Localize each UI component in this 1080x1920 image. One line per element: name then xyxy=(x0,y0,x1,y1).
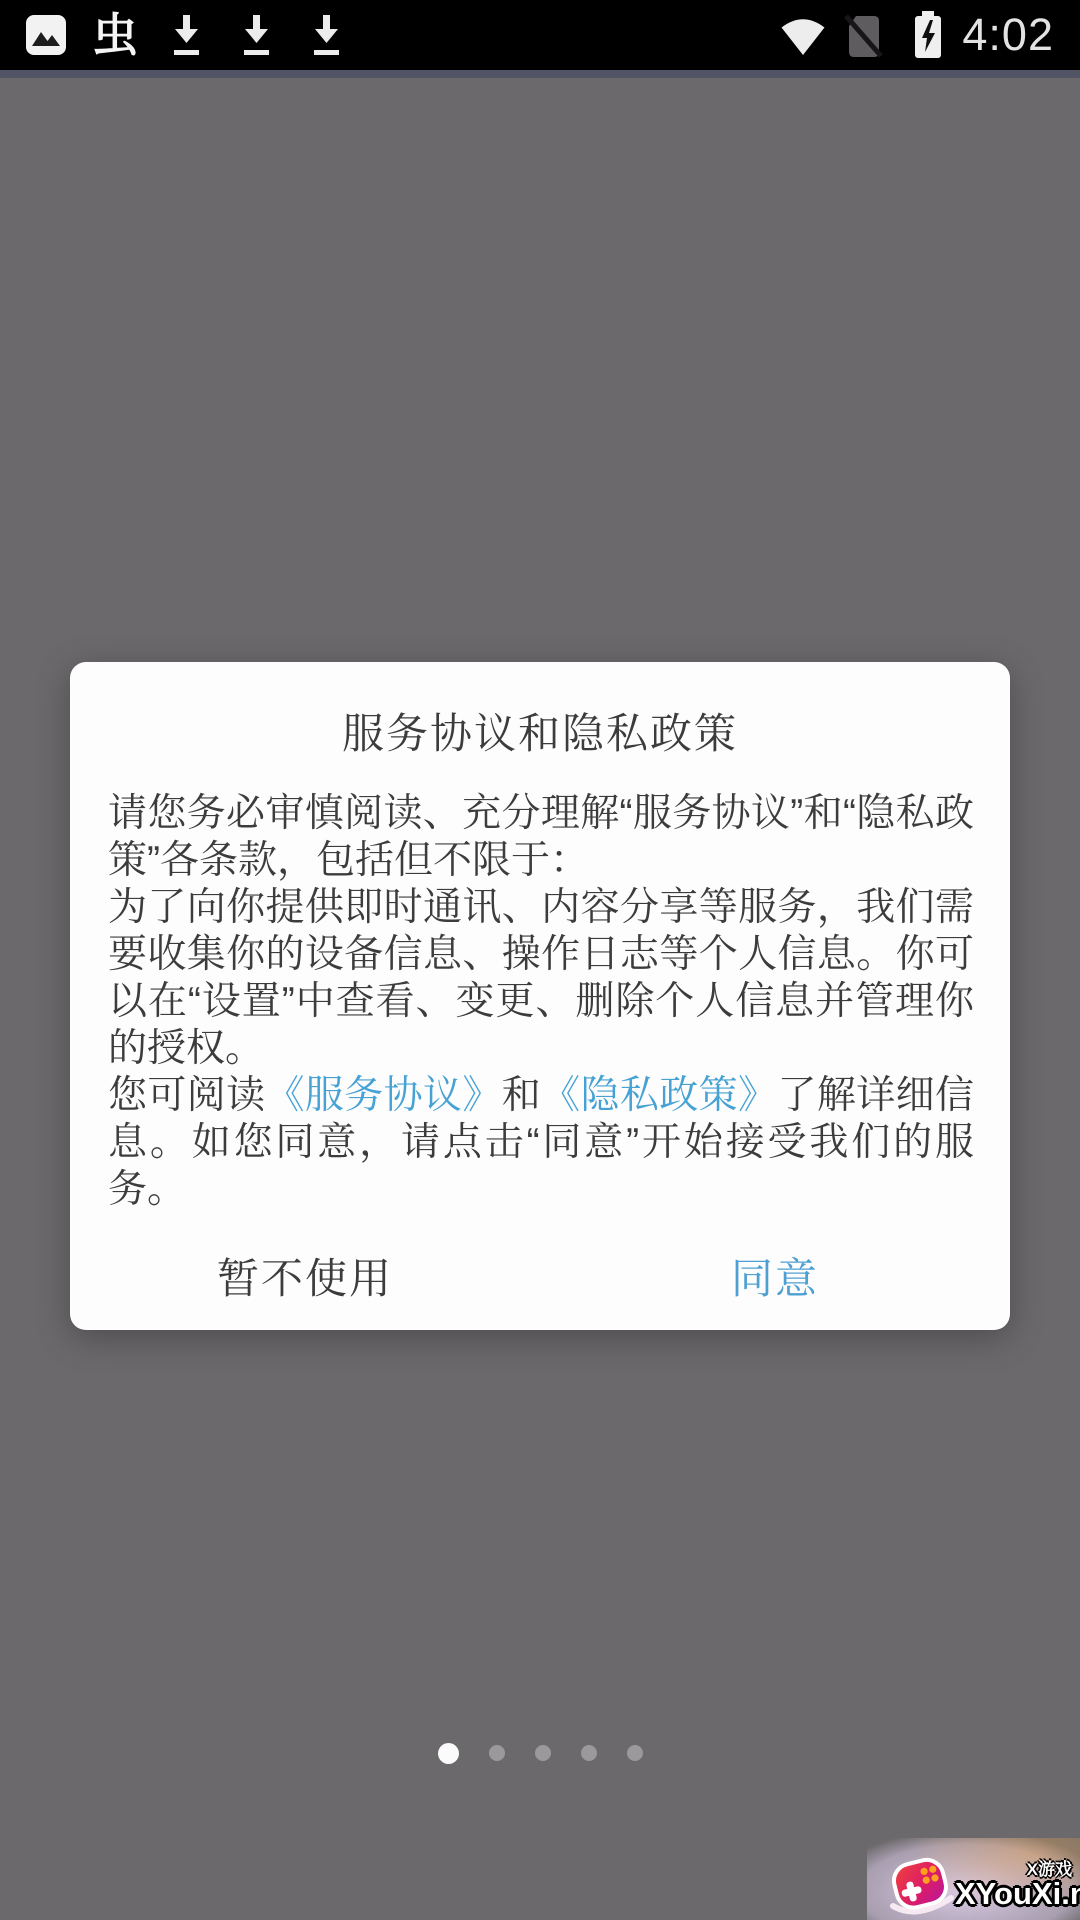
status-bar: 虫 xyxy=(0,0,1080,70)
agree-action-area: 同意 xyxy=(540,1247,1010,1311)
page-dot[interactable] xyxy=(489,1745,505,1761)
status-bar-system: 4:02 xyxy=(764,9,1054,61)
paragraph-text: 和 xyxy=(502,1074,541,1117)
page-dot[interactable] xyxy=(627,1745,643,1761)
status-bar-notifications: 虫 xyxy=(26,12,374,58)
clock-time: 4:02 xyxy=(962,9,1054,61)
dismiss-action-area: 暂不使用 xyxy=(70,1247,540,1311)
dismiss-button[interactable]: 暂不使用 xyxy=(207,1247,403,1311)
no-sim-icon xyxy=(844,12,884,58)
screenshot-gallery-icon xyxy=(26,15,66,55)
bug-app-icon: 虫 xyxy=(92,12,138,58)
privacy-policy-link[interactable]: 《隐私政策》 xyxy=(541,1074,777,1117)
download-complete-icon xyxy=(164,12,208,58)
game-controller-icon xyxy=(887,1856,955,1920)
page-dot[interactable] xyxy=(581,1745,597,1761)
dialog-paragraph: 为了向你提供即时通讯、内容分享等服务，我们需要收集你的设备信息、操作日志等个人信… xyxy=(108,884,974,1072)
dialog-paragraph: 您可阅读《服务协议》和《隐私政策》了解详细信息。如您同意，请点击“同意”开始接受… xyxy=(108,1072,974,1213)
agree-button[interactable]: 同意 xyxy=(721,1247,829,1311)
watermark-tag-text: X游戏 xyxy=(1027,1855,1072,1880)
watermark-site-text: XYouXi.net xyxy=(955,1876,1080,1912)
page-dot-active[interactable] xyxy=(438,1743,459,1764)
dialog-actions: 暂不使用 同意 xyxy=(70,1228,1010,1330)
site-watermark: XYouXi.net X游戏 xyxy=(885,1852,1080,1920)
download-complete-icon xyxy=(234,12,278,58)
battery-charging-icon xyxy=(914,11,942,59)
wifi-icon xyxy=(778,14,828,56)
phone-screen: 虫 xyxy=(0,0,1080,1920)
download-complete-icon xyxy=(304,12,348,58)
dialog-body: 请您务必审慎阅读、充分理解“服务协议”和“隐私政策”各条款，包括但不限于： 为了… xyxy=(70,790,1010,1213)
dialog-title: 服务协议和隐私政策 xyxy=(70,708,1010,760)
dimmed-app-bar-strip xyxy=(0,70,1080,78)
page-indicator xyxy=(0,1740,1080,1766)
service-agreement-link[interactable]: 《服务协议》 xyxy=(266,1074,502,1117)
privacy-policy-dialog: 服务协议和隐私政策 请您务必审慎阅读、充分理解“服务协议”和“隐私政策”各条款，… xyxy=(70,662,1010,1330)
paragraph-text: 您可阅读 xyxy=(108,1074,266,1117)
page-dot[interactable] xyxy=(535,1745,551,1761)
dialog-paragraph: 请您务必审慎阅读、充分理解“服务协议”和“隐私政策”各条款，包括但不限于： xyxy=(108,790,974,884)
